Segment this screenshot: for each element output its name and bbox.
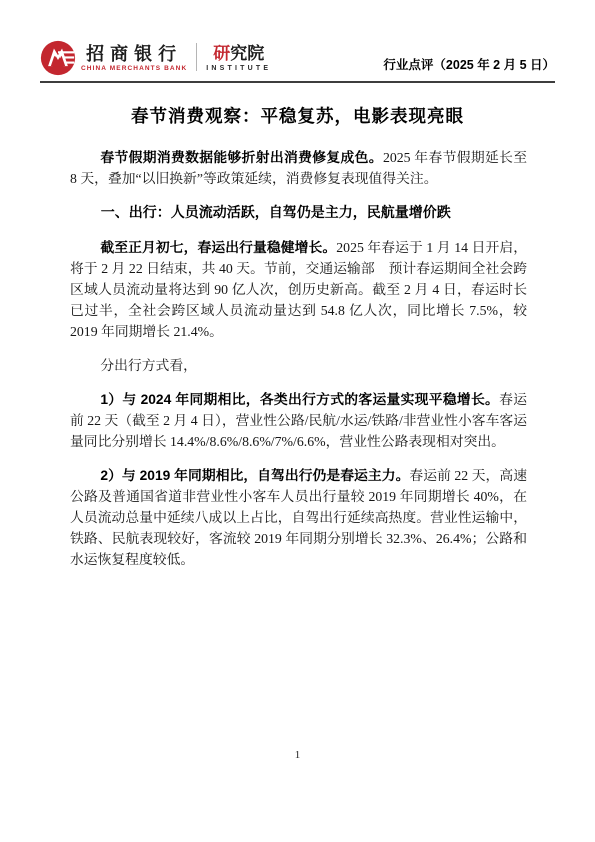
paragraph: 1）与 2024 年同期相比，各类出行方式的客运量实现平稳增长。春运前 22 天… — [70, 389, 527, 452]
emphasis-text: 2）与 2019 年同期相比，自驾出行仍是春运主力。 — [100, 468, 409, 483]
document-page: 招商银行 CHINA MERCHANTS BANK 研究院 INSTITUTE … — [0, 0, 595, 842]
institute-name: 研究院 — [206, 44, 271, 63]
bank-wordmark: 招商银行 CHINA MERCHANTS BANK — [81, 44, 187, 72]
emphasis-text: 一、出行：人员流动活跃，自驾仍是主力，民航量增价跌 — [101, 204, 451, 220]
report-title: 春节消费观察：平稳复苏，电影表现亮眼 — [0, 103, 595, 128]
report-body: 春节假期消费数据能够折射出消费修复成色。2025 年春节假期延长至 8 天，叠加… — [70, 147, 527, 583]
paragraph: 春节假期消费数据能够折射出消费修复成色。2025 年春节假期延长至 8 天，叠加… — [70, 147, 527, 189]
report-type-and-date: 行业点评（2025 年 2 月 5 日） — [383, 55, 555, 76]
section-heading: 一、出行：人员流动活跃，自驾仍是主力，民航量增价跌 — [70, 202, 527, 223]
page-header: 招商银行 CHINA MERCHANTS BANK 研究院 INSTITUTE … — [40, 40, 555, 83]
emphasis-text: 1）与 2024 年同期相比，各类出行方式的客运量实现平稳增长。 — [100, 392, 499, 407]
institute-wordmark: 研究院 INSTITUTE — [206, 44, 271, 72]
bank-name: 招商银行 — [81, 44, 187, 64]
cmb-m-logo-icon — [40, 40, 76, 76]
institute-name-rest: 究院 — [230, 44, 264, 63]
page-footer: 1 — [0, 749, 595, 761]
institute-name-english: INSTITUTE — [206, 65, 271, 72]
cmb-logo: 招商银行 CHINA MERCHANTS BANK 研究院 INSTITUTE — [40, 40, 271, 76]
emphasis-text: 春节假期消费数据能够折射出消费修复成色。 — [100, 150, 383, 165]
paragraph: 截至正月初七，春运出行量稳健增长。2025 年春运于 1 月 14 日开启，将于… — [70, 237, 527, 342]
logo-divider — [196, 43, 197, 71]
paragraph: 分出行方式看， — [70, 355, 527, 376]
paragraph: 2）与 2019 年同期相比，自驾出行仍是春运主力。春运前 22 天，高速公路及… — [70, 465, 527, 570]
page-number: 1 — [295, 749, 301, 761]
bank-name-english: CHINA MERCHANTS BANK — [81, 65, 187, 72]
body-text: 分出行方式看， — [100, 358, 197, 373]
emphasis-text: 截至正月初七，春运出行量稳健增长。 — [100, 240, 336, 255]
institute-name-accent: 研 — [213, 44, 230, 63]
